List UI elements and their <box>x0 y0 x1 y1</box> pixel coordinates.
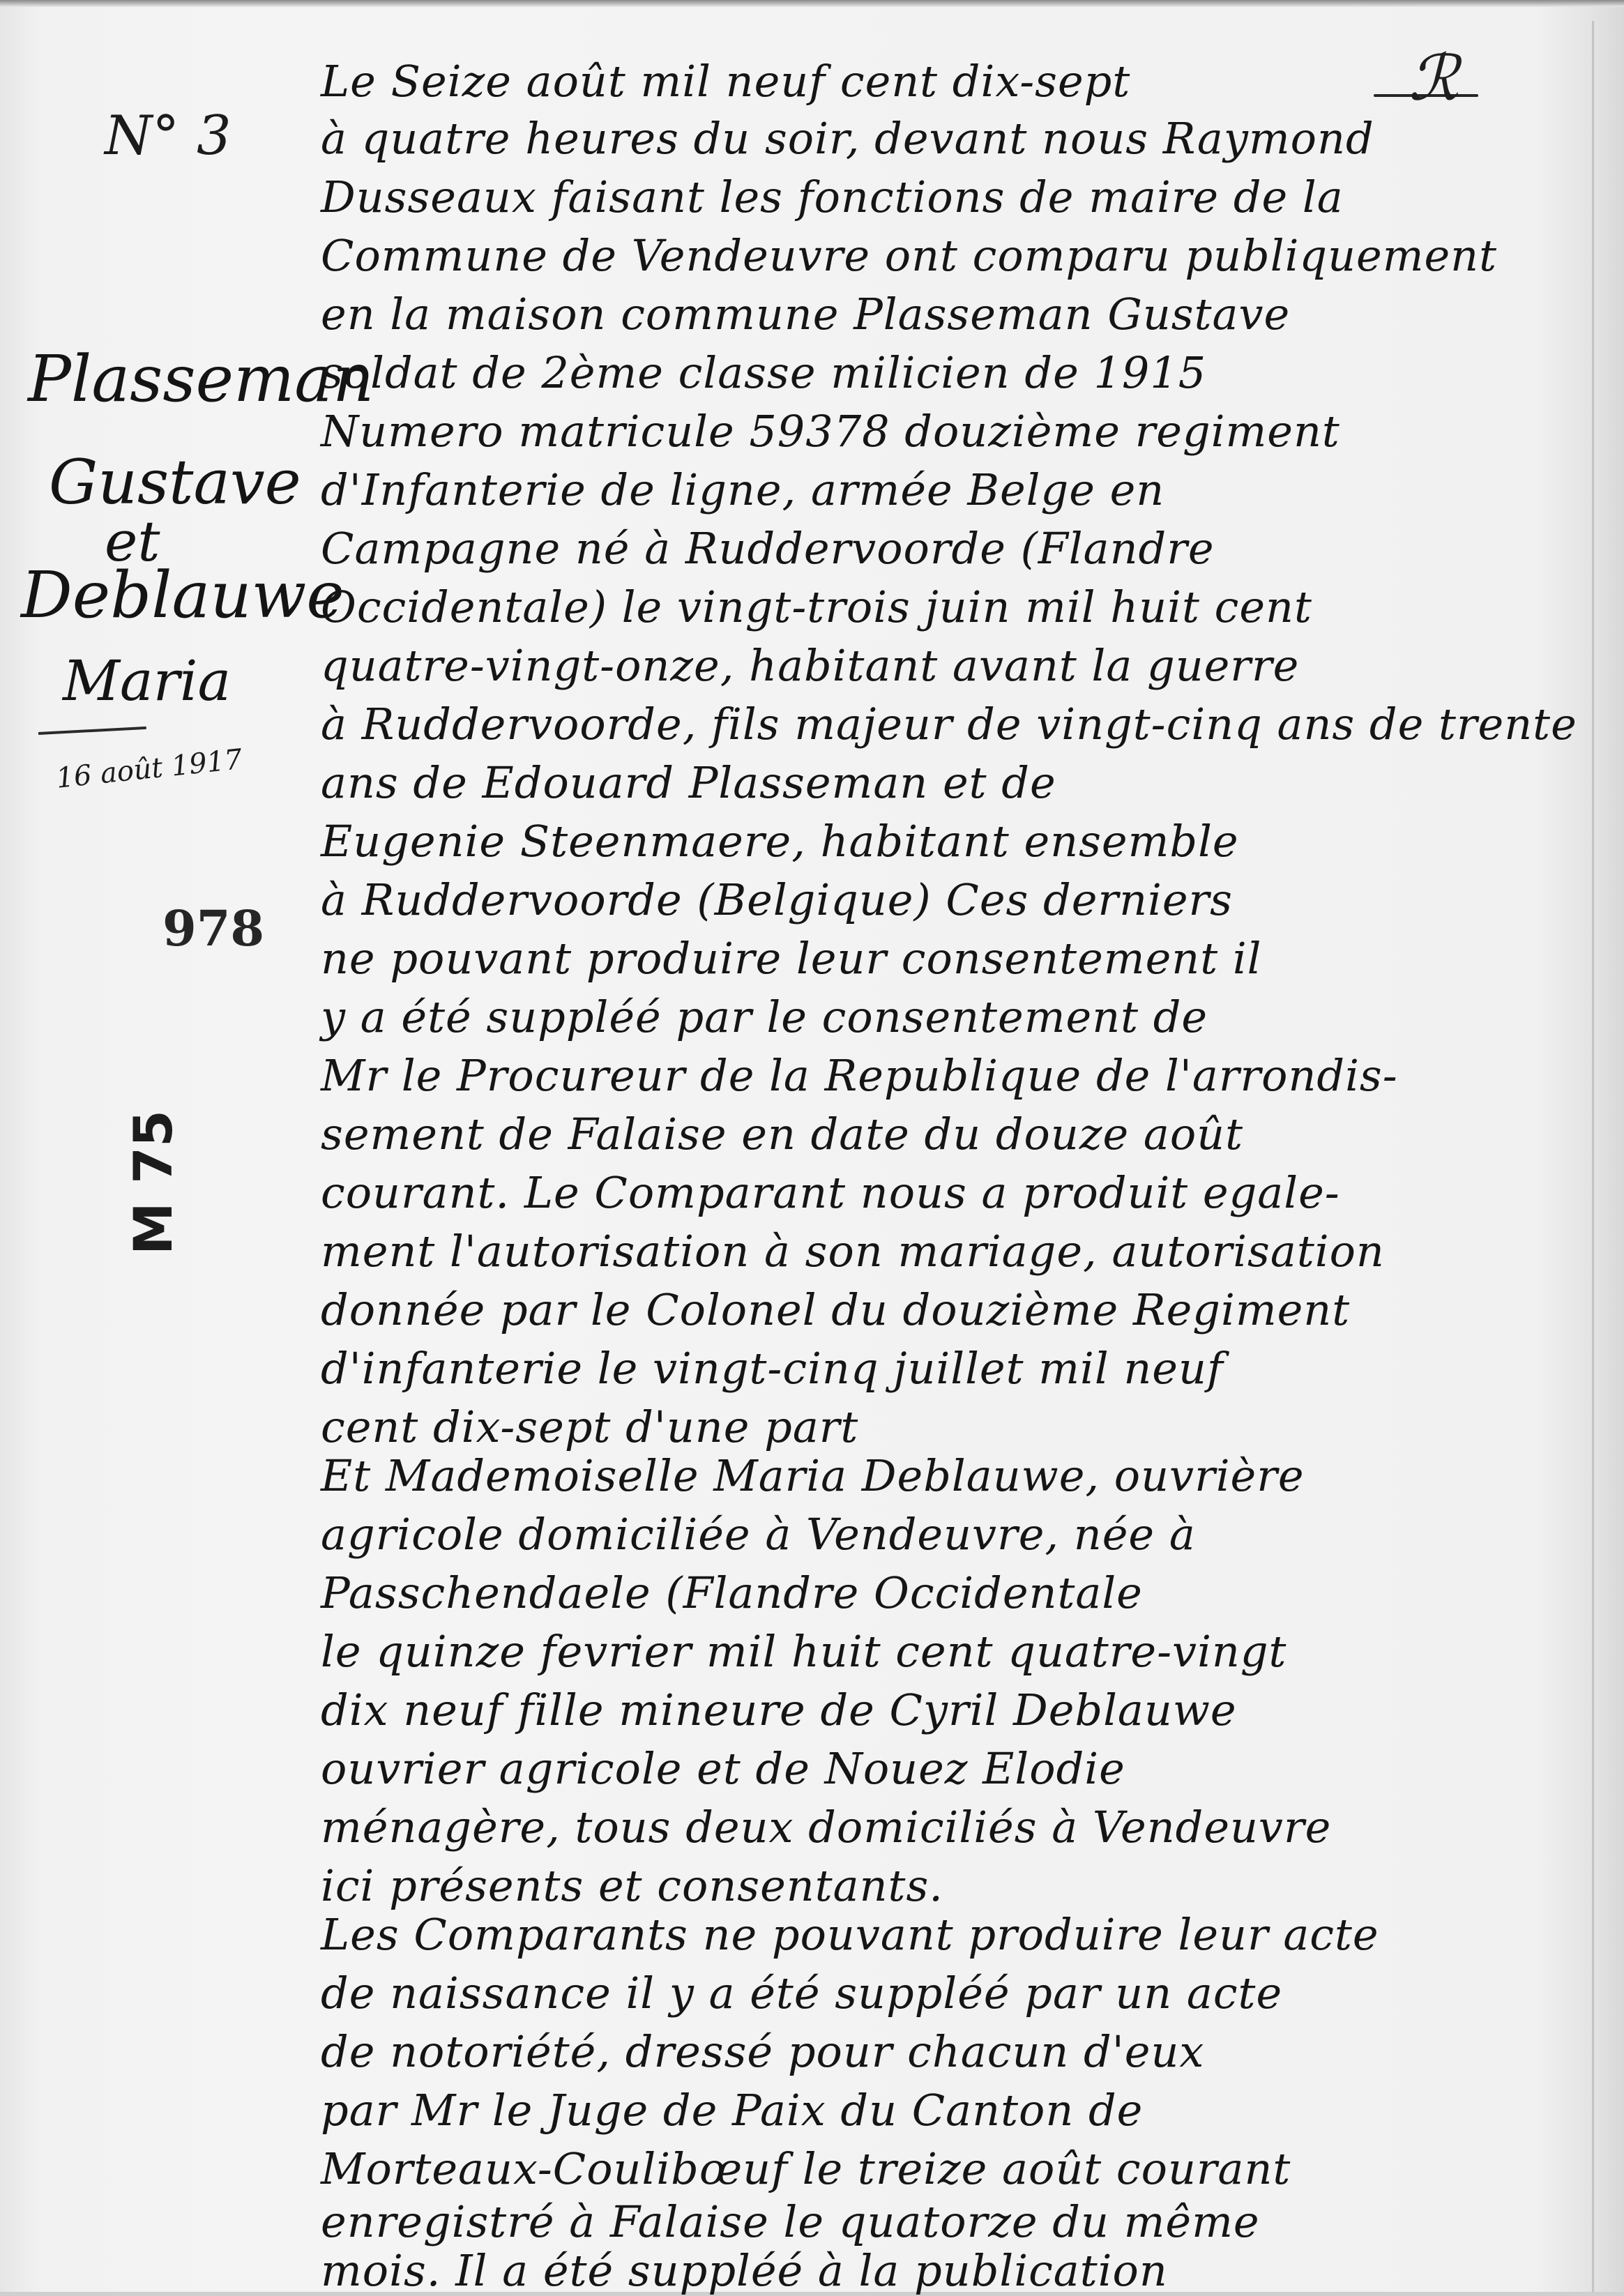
act-line: ici présents et consentants. <box>321 1860 943 1911</box>
act-line: Passchendaele (Flandre Occidentale <box>321 1567 1143 1618</box>
act-line: par Mr le Juge de Paix du Canton de <box>321 2085 1143 2136</box>
stamp-number: 978 <box>162 899 264 957</box>
act-line: à Ruddervoorde (Belgique) Ces derniers <box>321 874 1233 925</box>
act-line: ans de Edouard Plasseman et de <box>321 757 1056 808</box>
act-line: soldat de 2ème classe milicien de 1915 <box>321 347 1206 398</box>
act-line: ménagère, tous deux domiciliés à Vendeuv… <box>321 1802 1331 1853</box>
margin-date: 16 août 1917 <box>54 743 243 795</box>
act-line: cent dix-sept d'une part <box>321 1401 858 1452</box>
act-line: Les Comparants ne pouvant produire leur … <box>321 1909 1379 1960</box>
act-line: Occidentale) le vingt-trois juin mil hui… <box>321 581 1312 632</box>
act-line: ment l'autorisation à son mariage, autor… <box>321 1226 1385 1277</box>
margin-bride-firstname: Maria <box>63 648 231 713</box>
stamp-code: M 75 <box>122 1110 184 1255</box>
act-line: mois. Il a été suppléé à la publication <box>321 2245 1168 2292</box>
act-line: à quatre heures du soir, devant nous Ray… <box>321 113 1374 164</box>
act-line: ouvrier agricole et de Nouez Elodie <box>321 1743 1125 1794</box>
page-right-edge <box>1592 21 1594 2292</box>
act-line: Le Seize août mil neuf cent dix-sept <box>321 56 1130 107</box>
act-line: Numero matricule 59378 douzième regiment <box>321 406 1340 457</box>
act-line: Et Mademoiselle Maria Deblauwe, ouvrière <box>321 1450 1305 1501</box>
act-line: à Ruddervoorde, fils majeur de vingt-cin… <box>321 699 1577 750</box>
act-line: Mr le Procureur de la Republique de l'ar… <box>321 1050 1398 1101</box>
act-line: donnée par le Colonel du douzième Regime… <box>321 1284 1350 1335</box>
act-line: de notoriété, dressé pour chacun d'eux <box>321 2026 1204 2077</box>
paraph-signature-icon: ℛ <box>1409 42 1459 115</box>
act-line: courant. Le Comparant nous a produit ega… <box>321 1167 1340 1218</box>
act-line: quatre-vingt-onze, habitant avant la gue… <box>321 640 1299 691</box>
act-line: dix neuf fille mineure de Cyril Deblauwe <box>321 1685 1237 1735</box>
left-margin: N° 3 Plasseman Gustave et Deblauwe Maria… <box>0 0 349 2292</box>
act-line: d'infanterie le vingt-cinq juillet mil n… <box>321 1343 1224 1394</box>
act-line: y a été suppléé par le consentement de <box>321 991 1208 1042</box>
register-page: N° 3 Plasseman Gustave et Deblauwe Maria… <box>0 0 1624 2292</box>
act-line: de naissance il y a été suppléé par un a… <box>321 1968 1282 2018</box>
act-line: Eugenie Steenmaere, habitant ensemble <box>321 816 1239 867</box>
act-line: Dusseaux faisant les fonctions de maire … <box>321 172 1344 222</box>
act-line: ne pouvant produire leur consentement il <box>321 933 1261 984</box>
margin-underline <box>38 727 146 735</box>
margin-bride-surname: Deblauwe <box>21 558 344 632</box>
act-line: Commune de Vendeuvre ont comparu publiqu… <box>321 230 1497 281</box>
act-line: d'Infanterie de ligne, armée Belge en <box>321 464 1164 515</box>
entry-number: N° 3 <box>105 105 232 167</box>
act-line: enregistré à Falaise le quatorze du même <box>321 2196 1260 2247</box>
act-line: agricole domiciliée à Vendeuvre, née à <box>321 1509 1196 1560</box>
margin-groom-firstname: Gustave <box>49 446 301 518</box>
act-line: Morteaux-Coulibœuf le treize août couran… <box>321 2143 1291 2194</box>
act-line: Campagne né à Ruddervoorde (Flandre <box>321 523 1215 574</box>
act-line: en la maison commune Plasseman Gustave <box>321 289 1290 340</box>
act-line: le quinze fevrier mil huit cent quatre-v… <box>321 1626 1287 1677</box>
act-line: sement de Falaise en date du douze août <box>321 1109 1243 1160</box>
